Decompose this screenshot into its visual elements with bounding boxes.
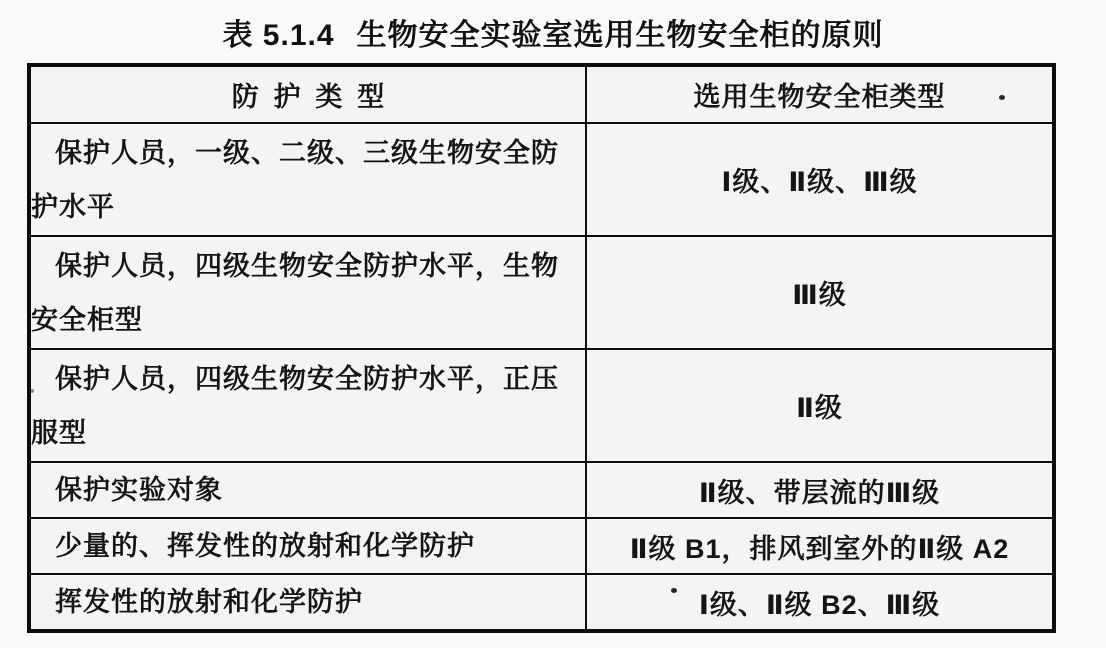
ink-speck bbox=[671, 588, 677, 593]
protection-type-cell: 保护人员，四级生物安全防护水平，正压服型 bbox=[29, 349, 586, 462]
ink-speck bbox=[999, 95, 1005, 100]
table-header-row: 防护类型 选用生物安全柜类型 bbox=[29, 65, 1054, 123]
column-header-cabinet-type: 选用生物安全柜类型 bbox=[586, 65, 1054, 123]
cabinet-type-cell: Ⅲ级 bbox=[586, 236, 1054, 349]
table-row: 挥发性的放射和化学防护 Ⅰ级、Ⅱ级 B2、Ⅲ级 bbox=[29, 574, 1054, 631]
table-caption-text: 生物安全实验室选用生物安全柜的原则 bbox=[357, 19, 884, 52]
table-row: 保护人员，一级、二级、三级生物安全防护水平 Ⅰ级、Ⅱ级、Ⅲ级 bbox=[29, 123, 1054, 236]
table-caption: 表 5.1.4生物安全实验室选用生物安全柜的原则 bbox=[0, 10, 1106, 54]
table-row: 保护人员，四级生物安全防护水平，生物安全柜型 Ⅲ级 bbox=[29, 236, 1054, 349]
protection-type-cell: 保护人员，一级、二级、三级生物安全防护水平 bbox=[29, 123, 586, 236]
cabinet-type-cell: Ⅰ级、Ⅱ级、Ⅲ级 bbox=[586, 123, 1054, 236]
ink-speck bbox=[30, 389, 34, 393]
protection-type-cell: 保护人员，四级生物安全防护水平，生物安全柜型 bbox=[29, 236, 586, 349]
table-row: 少量的、挥发性的放射和化学防护 Ⅱ级 B1，排风到室外的Ⅱ级 A2 bbox=[29, 518, 1054, 574]
cabinet-type-cell: Ⅱ级 bbox=[586, 349, 1054, 462]
protection-type-cell: 挥发性的放射和化学防护 bbox=[29, 574, 586, 631]
cabinet-type-cell: Ⅱ级 B1，排风到室外的Ⅱ级 A2 bbox=[586, 518, 1054, 574]
table-caption-number: 表 5.1.4 bbox=[222, 19, 334, 52]
table-row: 保护实验对象 Ⅱ级、带层流的Ⅲ级 bbox=[29, 462, 1054, 518]
column-header-protection-type: 防护类型 bbox=[29, 65, 586, 123]
protection-type-cell: 保护实验对象 bbox=[29, 462, 586, 518]
cabinet-type-cell: Ⅱ级、带层流的Ⅲ级 bbox=[586, 462, 1054, 518]
protection-type-cell: 少量的、挥发性的放射和化学防护 bbox=[29, 518, 586, 574]
biosafety-cabinet-selection-table: 防护类型 选用生物安全柜类型 保护人员，一级、二级、三级生物安全防护水平 Ⅰ级、… bbox=[27, 63, 1056, 633]
cabinet-type-cell: Ⅰ级、Ⅱ级 B2、Ⅲ级 bbox=[586, 574, 1054, 631]
table-row: 保护人员，四级生物安全防护水平，正压服型 Ⅱ级 bbox=[29, 349, 1054, 462]
scanned-document-page: 表 5.1.4生物安全实验室选用生物安全柜的原则 防护类型 选用生物安全柜类型 … bbox=[0, 0, 1106, 648]
